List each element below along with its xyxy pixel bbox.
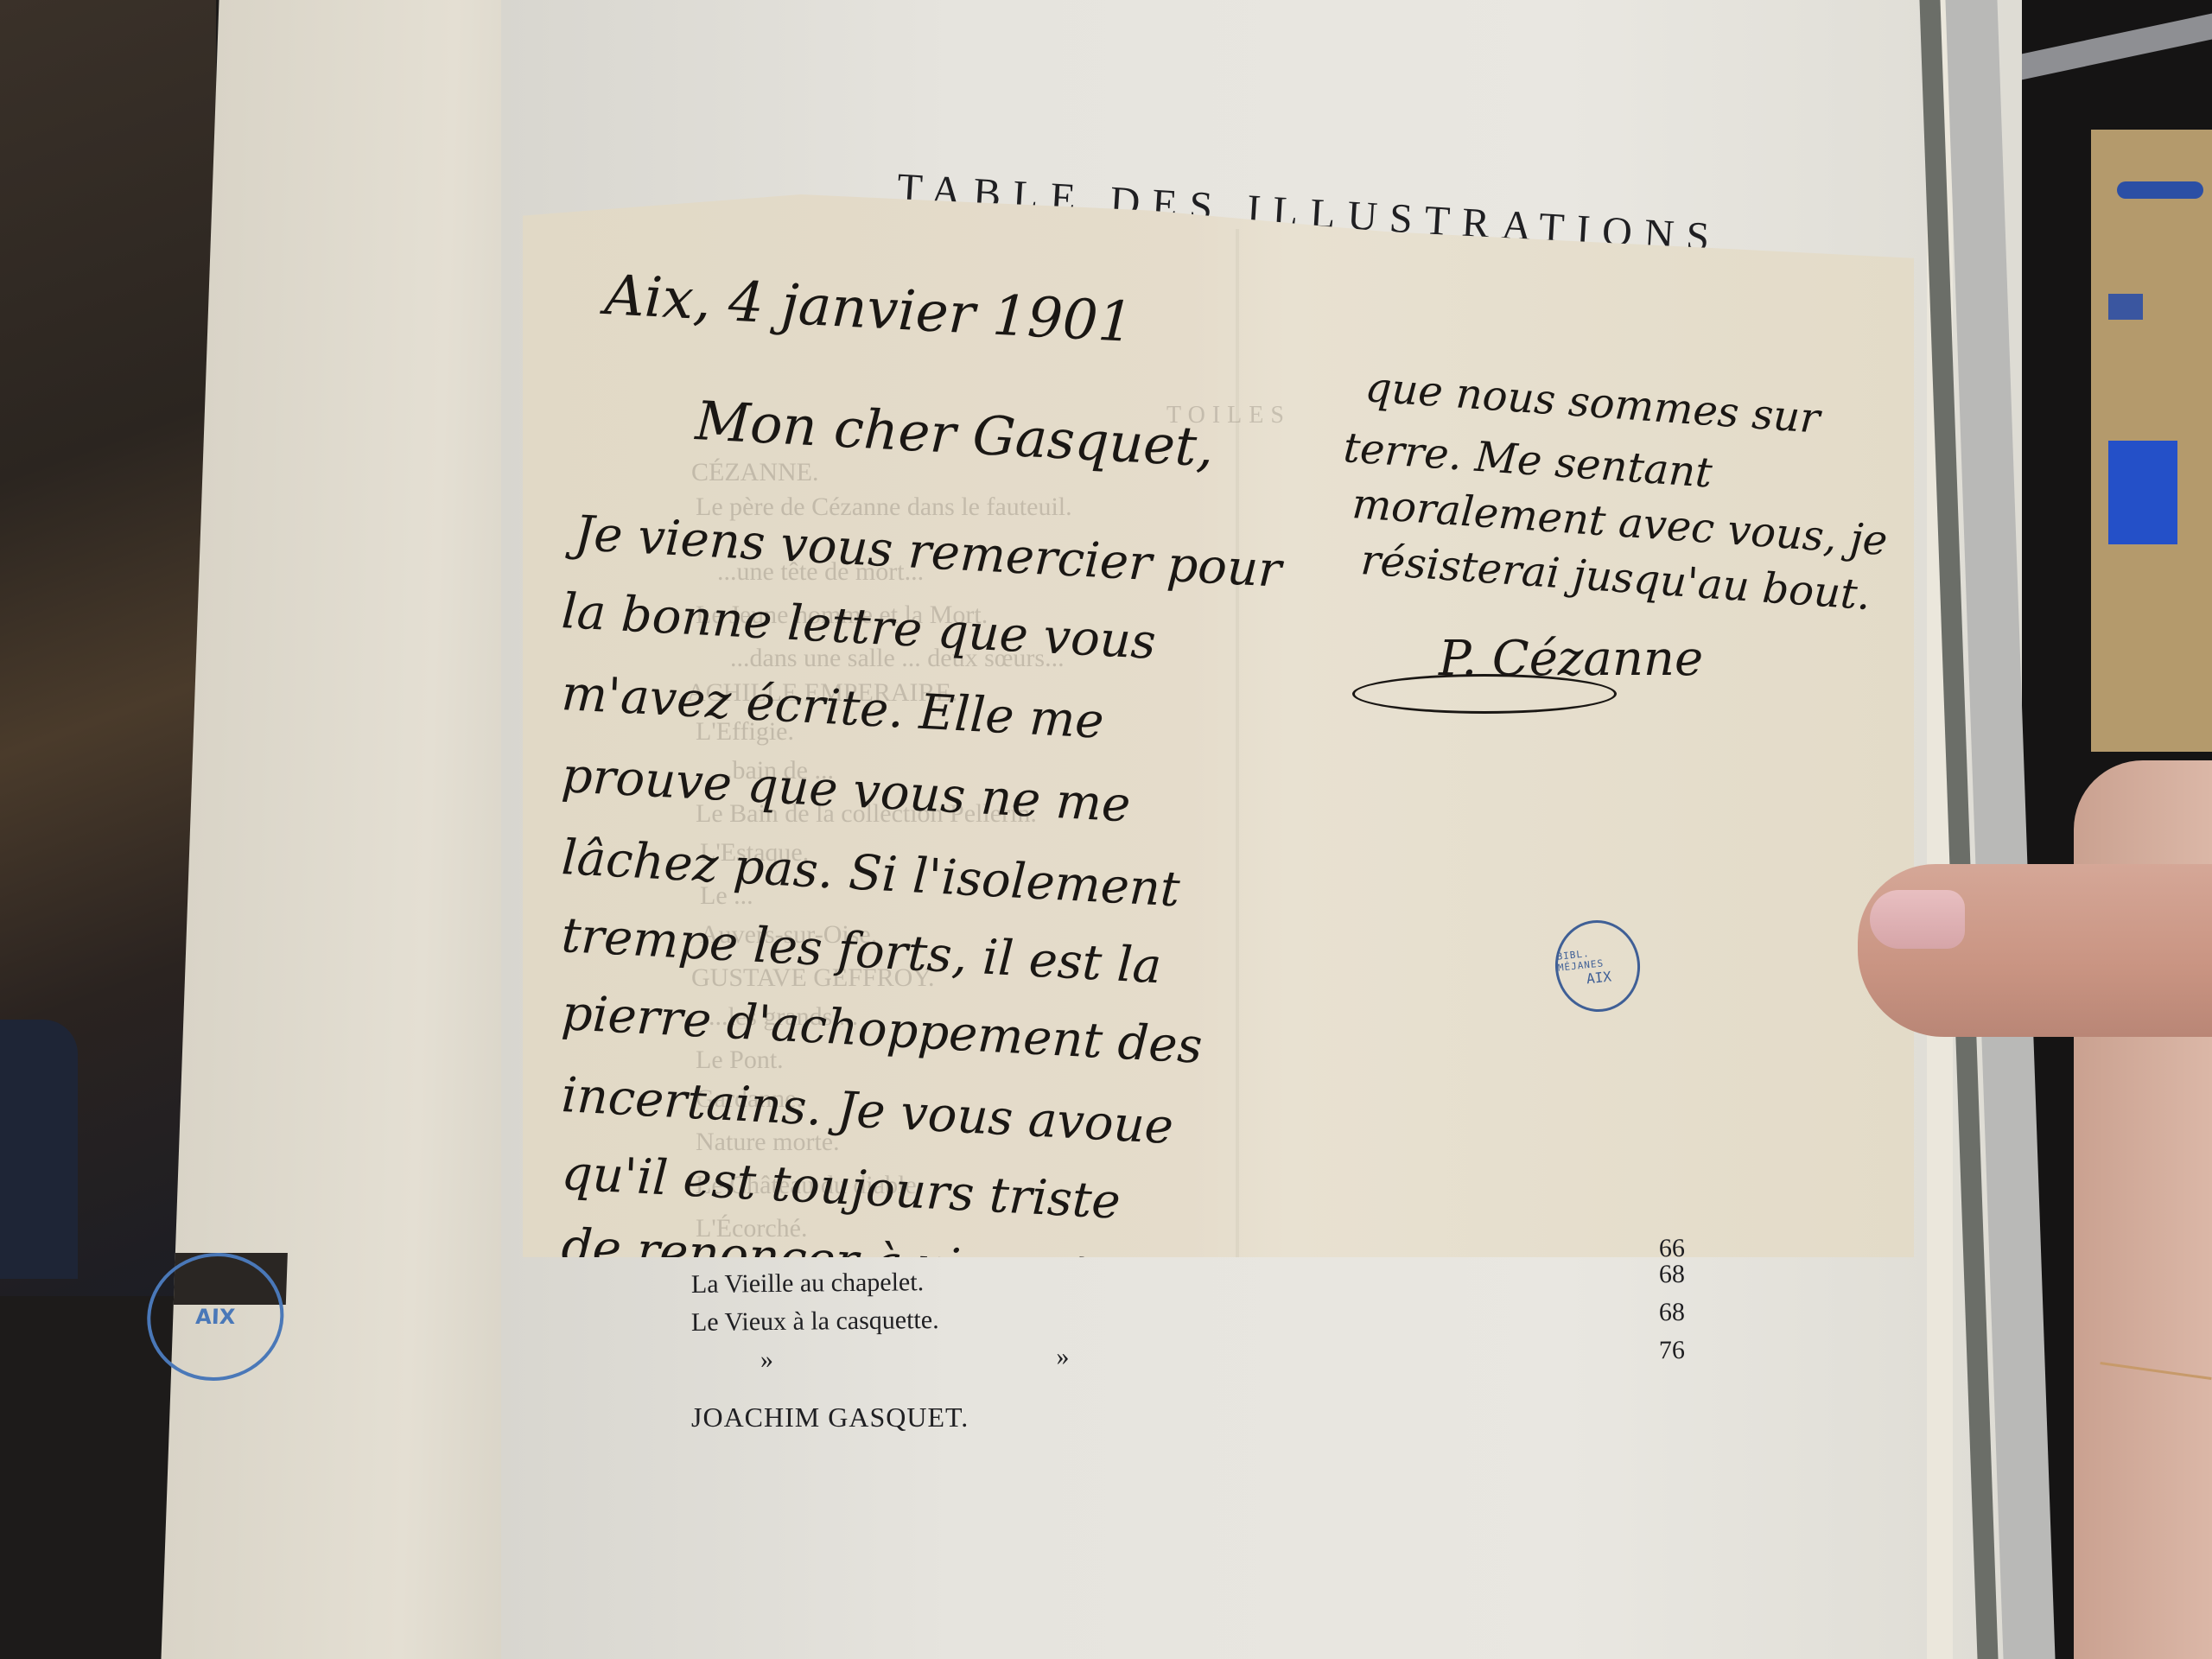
ghost-entry: CÉZANNE. — [691, 458, 818, 487]
toc-title: Le Vieux à la casquette. — [691, 1306, 939, 1338]
thumbnail — [1870, 890, 1965, 949]
shelf-bar — [2013, 14, 2212, 82]
painting-dark-area — [0, 1020, 78, 1279]
box-print — [2108, 294, 2143, 320]
handwritten-letter: TOILES CÉZANNE. Le père de Cézanne dans … — [523, 194, 1914, 1257]
toc-title: La Vieille au chapelet. — [691, 1268, 925, 1300]
toc-page: 68 — [1659, 1260, 1685, 1289]
box-print — [2108, 441, 2177, 544]
stamp-center-text: AIX — [1586, 968, 1612, 987]
hand-thumb — [1858, 864, 2212, 1037]
letter-fold — [1236, 229, 1239, 1257]
toc-author: JOACHIM GASQUET. — [691, 1402, 1685, 1433]
letter-line: lâchez pas. Si l'isolement — [560, 829, 1181, 918]
signature-name: P. Cézanne — [1439, 631, 1703, 687]
letter-date: Aix, 4 janvier 1901 — [603, 264, 1135, 355]
table-of-illustrations: 66 La Vieille au chapelet. 68 Le Vieux à… — [691, 1262, 1685, 1433]
toc-ditto: » » — [760, 1341, 1208, 1375]
stamp-text: AIX — [195, 1305, 236, 1329]
letter-line: pierre d'achoppement des — [560, 985, 1204, 1075]
toc-page: 68 — [1659, 1298, 1685, 1327]
toc-page: 76 — [1659, 1336, 1685, 1365]
box-print — [2117, 181, 2203, 199]
library-stamp: BIBL. MÉJANES AIX — [1551, 916, 1645, 1016]
cardboard-box — [2091, 130, 2212, 752]
signature: P. Cézanne — [1352, 639, 1715, 717]
letter-line: incertains. Je vous avoue — [560, 1067, 1174, 1155]
letter-line: qu'il est toujours triste — [560, 1145, 1122, 1230]
